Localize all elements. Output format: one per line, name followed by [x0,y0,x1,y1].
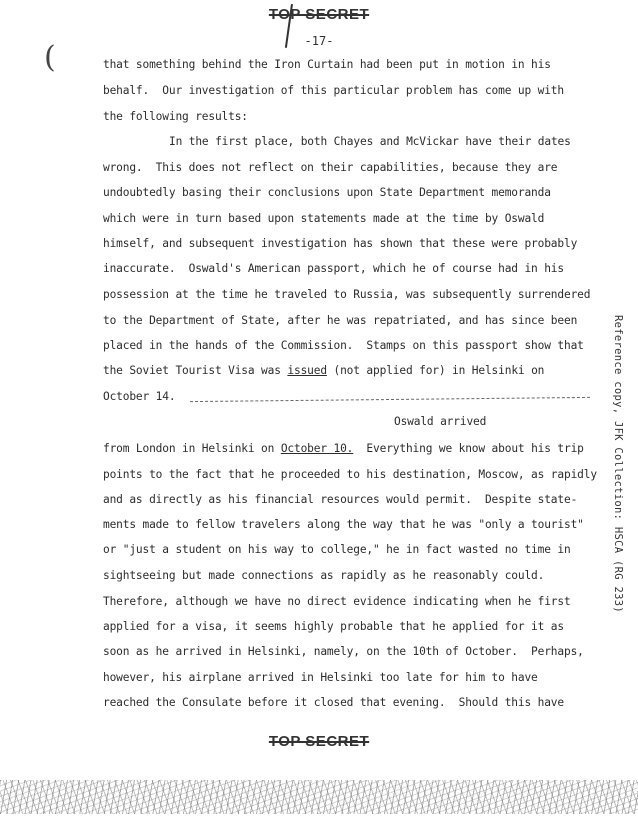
text-line: undoubtedly basing their conclusions upo… [103,186,551,199]
text-line: possession at the time he traveled to Ru… [103,288,590,301]
text-line: himself, and subsequent investigation ha… [103,237,577,250]
archive-reference-note: Reference copy, JFK Collection: HSCA (RG… [612,315,624,613]
text-fragment: (not applied for) in Helsinki on [327,364,544,377]
underlined-word-issued: issued [287,364,327,377]
underlined-date: October 10. [281,442,353,455]
paragraph-start-line: In the first place, both Chayes and McVi… [169,135,571,148]
text-fragment: Everything we know about his trip [353,442,584,455]
text-line: to the Department of State, after he was… [103,314,577,327]
text-line: points to the fact that he proceeded to … [103,468,597,481]
document-page: TOP SECRET -17- ( that something behind … [0,0,638,824]
paragraph-start-fragment: Oswald arrived [394,415,486,428]
text-line: Therefore, although we have no direct ev… [103,595,571,608]
text-line: and as directly as his financial resourc… [103,493,577,506]
text-line: the Soviet Tourist Visa was issued (not … [103,364,544,377]
text-line: soon as he arrived in Helsinki, namely, … [103,645,584,658]
text-line: October 14. [103,390,175,403]
scan-noise-band [0,780,638,814]
text-line: or "just a student on his way to college… [103,543,571,556]
text-line: from London in Helsinki on October 10. E… [103,442,584,455]
text-line: placed in the hands of the Commission. S… [103,339,584,352]
margin-bracket-mark: ( [44,40,56,75]
classification-text-top: TOP SECRET [269,6,369,23]
handwritten-underline [190,397,590,403]
classification-stamp-top: TOP SECRET [0,6,638,23]
text-line: reached the Consulate before it closed t… [103,696,564,709]
classification-text-bottom: TOP SECRET [269,733,369,750]
text-fragment: from London in Helsinki on [103,442,281,455]
text-line: inaccurate. Oswald's American passport, … [103,262,564,275]
text-line: however, his airplane arrived in Helsink… [103,671,538,684]
text-line: ments made to fellow travelers along the… [103,518,584,531]
text-fragment: the Soviet Tourist Visa was [103,364,287,377]
page-number: -17- [0,34,638,48]
text-line: the following results: [103,110,248,123]
text-line: wrong. This does not reflect on their ca… [103,161,557,174]
text-line: behalf. Our investigation of this partic… [103,84,564,97]
text-line: sightseeing but made connections as rapi… [103,569,544,582]
classification-stamp-bottom: TOP SECRET [0,733,638,750]
text-line: applied for a visa, it seems highly prob… [103,620,564,633]
text-line: which were in turn based upon statements… [103,212,544,225]
text-line: that something behind the Iron Curtain h… [103,58,551,71]
